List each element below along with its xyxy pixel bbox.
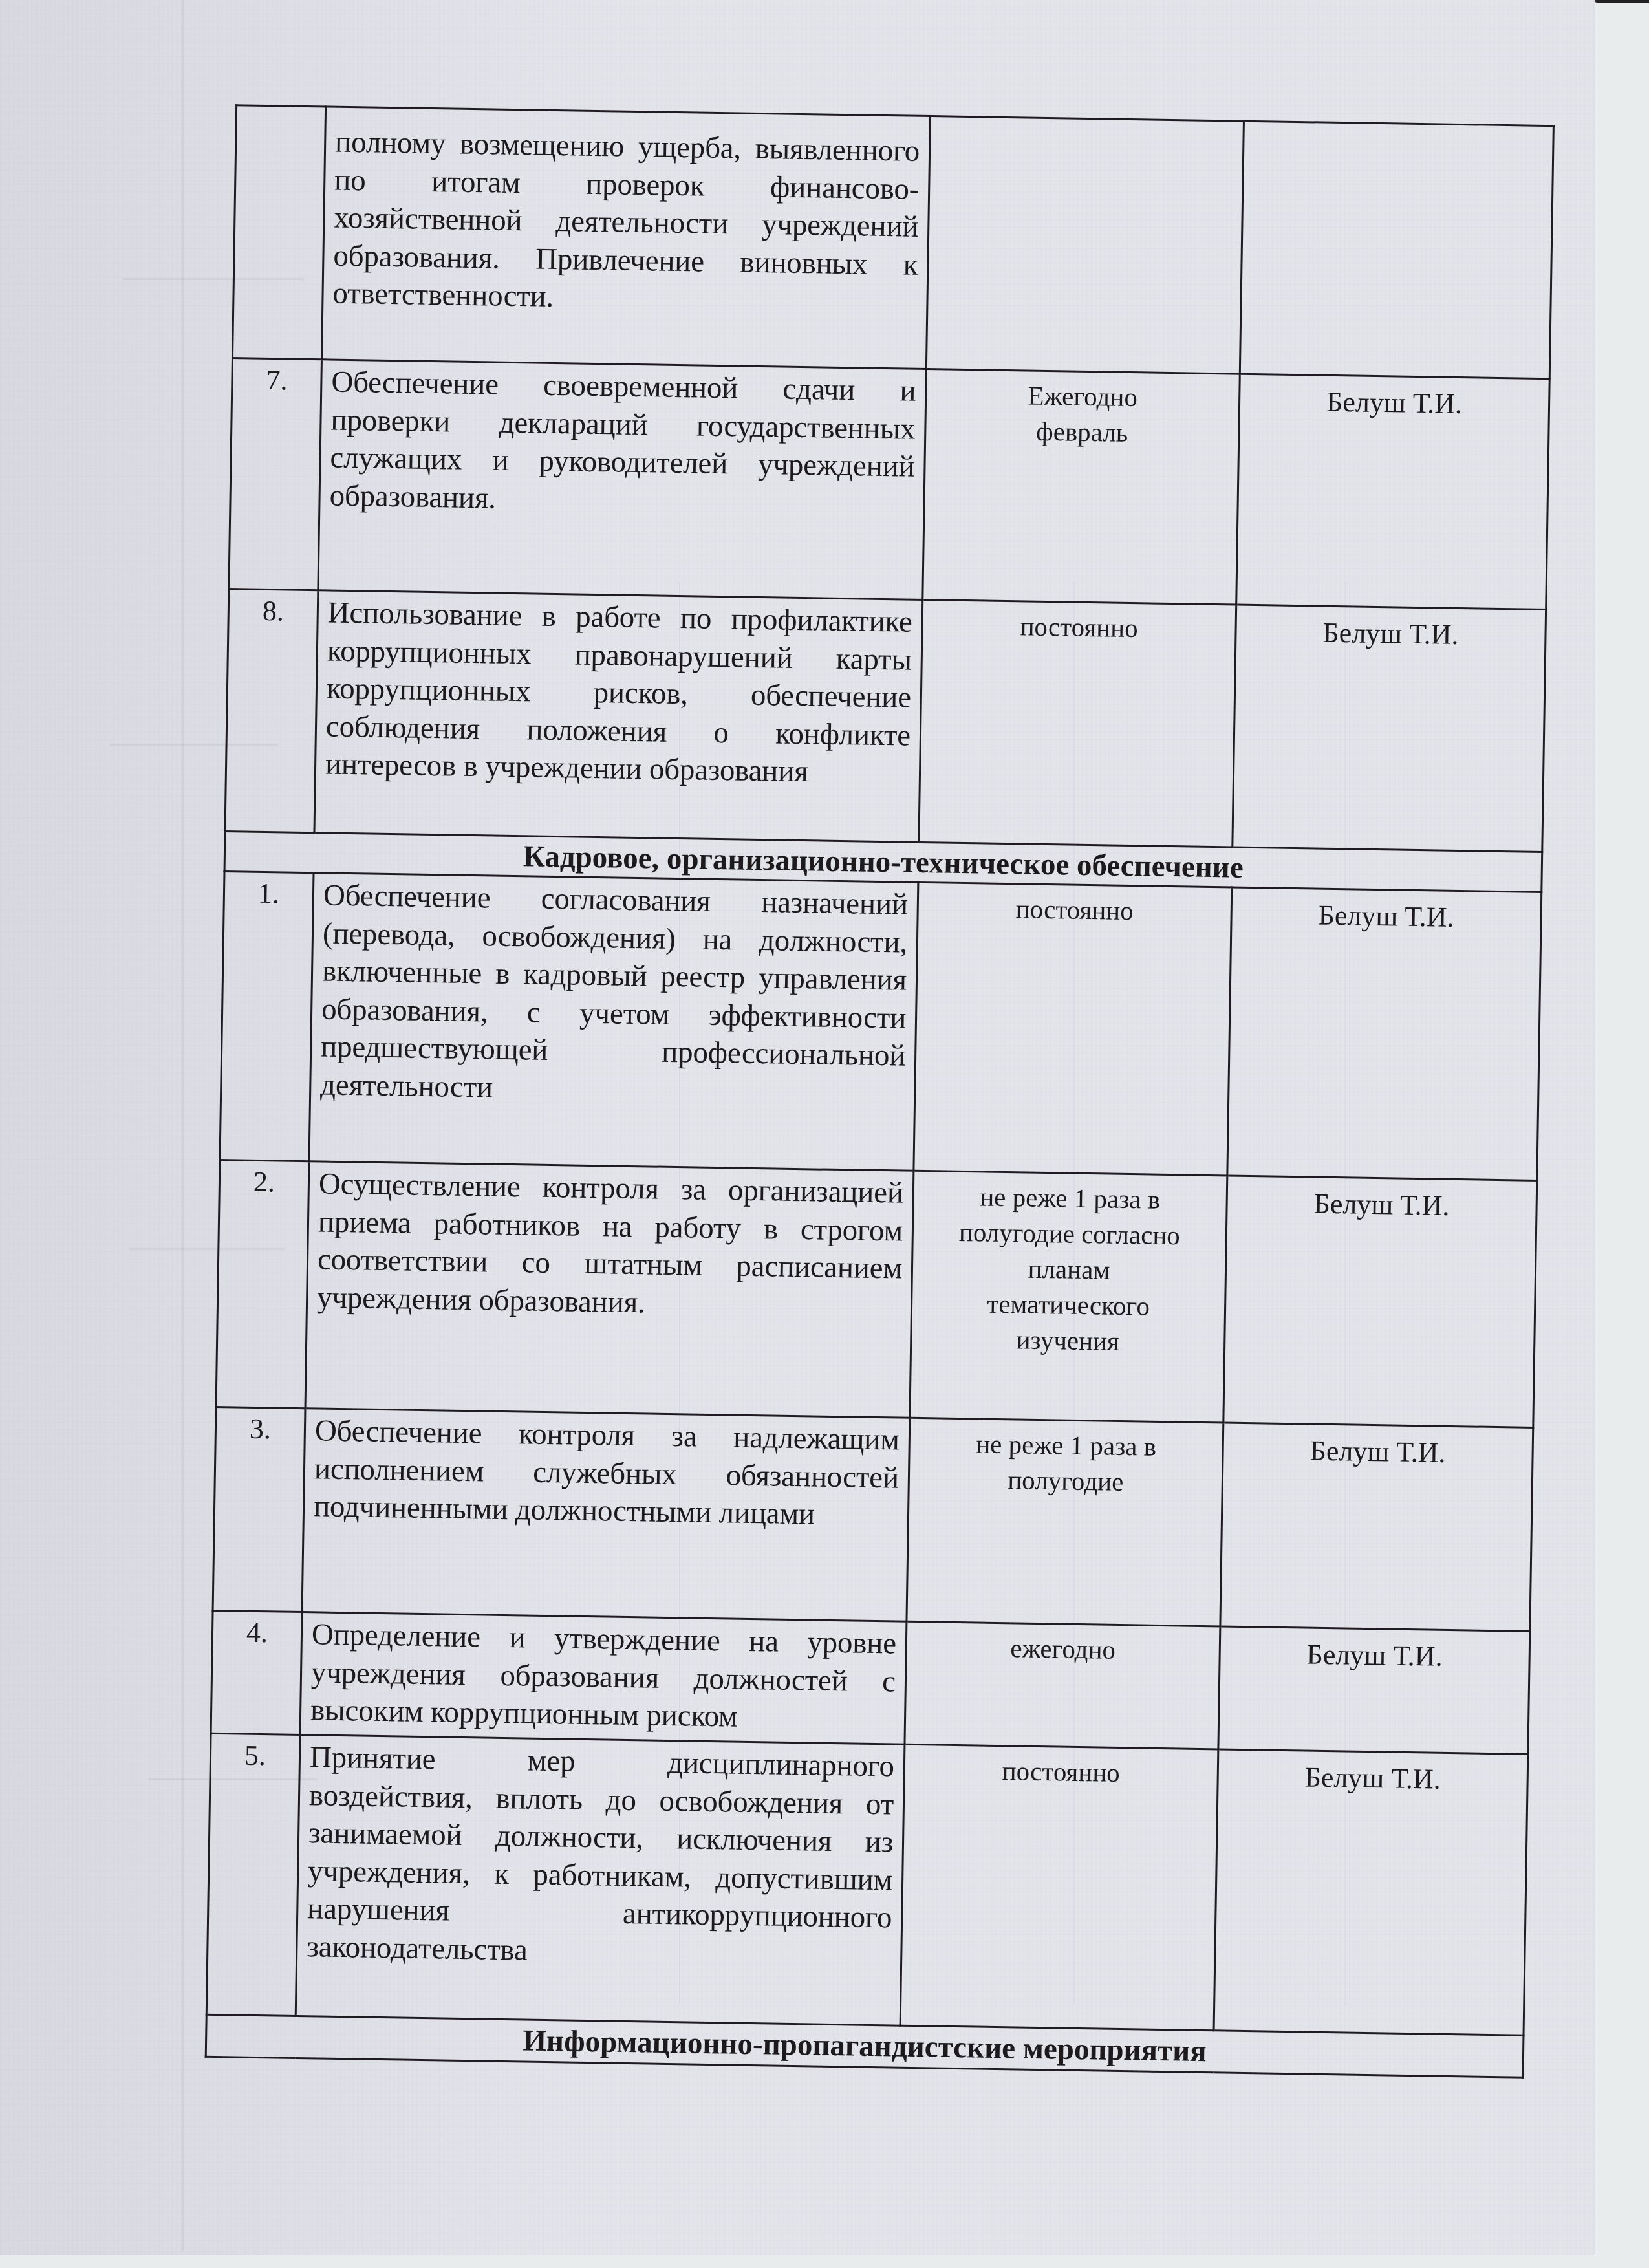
responsible-text: Белуш Т.И.	[1220, 1423, 1533, 1631]
plan-table-container: полному возмещению ущерба, выявленного п…	[205, 104, 1553, 2079]
responsible-text: Белуш Т.И.	[1233, 605, 1546, 852]
row-number: 5.	[206, 1733, 300, 2016]
period-text: Ежегоднофевраль	[923, 369, 1240, 605]
measure-text: Принятие мер дисциплинарного воздействия…	[296, 1735, 905, 2026]
period-text: постоянно	[914, 882, 1232, 1176]
anticorruption-plan-table: полному возмещению ущерба, выявленного п…	[205, 104, 1555, 2079]
period-text: не реже 1 раза вполугодие согласнопланам…	[910, 1171, 1227, 1423]
table-row: 4. Определение и утверждение на уровне у…	[211, 1610, 1530, 1754]
measure-text: Использование в работе по профилактике к…	[314, 590, 923, 843]
responsible-text: Белуш Т.И.	[1218, 1626, 1530, 1755]
measure-text: Осуществление контроля за организацией п…	[305, 1161, 914, 1418]
responsible-text: Белуш Т.И.	[1227, 887, 1542, 1180]
table-row: 8. Использование в работе по профилактик…	[225, 589, 1546, 852]
row-number: 1.	[220, 872, 314, 1161]
responsible-text: Белуш Т.И.	[1236, 374, 1550, 609]
measure-text: Обеспечение своевременной сдачи и провер…	[318, 360, 926, 600]
table-row: 1. Обеспечение согласования назначений (…	[220, 872, 1542, 1181]
measure-text: Обеспечение контроля за надлежащим испол…	[302, 1409, 910, 1622]
period-text: ежегодно	[905, 1621, 1220, 1749]
table-row: 5. Принятие мер дисциплинарного воздейст…	[206, 1733, 1528, 2035]
show-through-mark	[182, 0, 184, 2251]
table-row: 7. Обеспечение своевременной сдачи и про…	[229, 358, 1549, 610]
row-number: 3.	[213, 1407, 305, 1612]
responsible-text	[1240, 121, 1553, 378]
measure-text: Обеспечение согласования назначений (пер…	[309, 873, 918, 1171]
table-row: 2. Осуществление контроля за организацие…	[216, 1160, 1537, 1427]
row-number: 2.	[216, 1160, 309, 1408]
period-text: постоянно	[919, 599, 1236, 847]
table-row: полному возмещению ущерба, выявленного п…	[232, 105, 1553, 379]
row-number: 8.	[225, 589, 318, 833]
responsible-text: Белуш Т.И.	[1223, 1176, 1537, 1427]
row-number	[232, 105, 325, 360]
table-row: 3. Обеспечение контроля за надлежащим ис…	[213, 1407, 1533, 1631]
row-number: 4.	[211, 1610, 302, 1734]
responsible-text: Белуш Т.И.	[1214, 1749, 1528, 2035]
scanner-corner	[1595, 0, 1649, 3]
period-text	[926, 116, 1244, 374]
period-text: постоянно	[900, 1744, 1218, 2031]
measure-text: полному возмещению ущерба, выявленного п…	[321, 107, 930, 369]
row-number: 7.	[229, 358, 322, 590]
measure-text: Определение и утверждение на уровне учре…	[300, 1612, 907, 1745]
period-text: не реже 1 раза вполугодие	[907, 1418, 1223, 1626]
